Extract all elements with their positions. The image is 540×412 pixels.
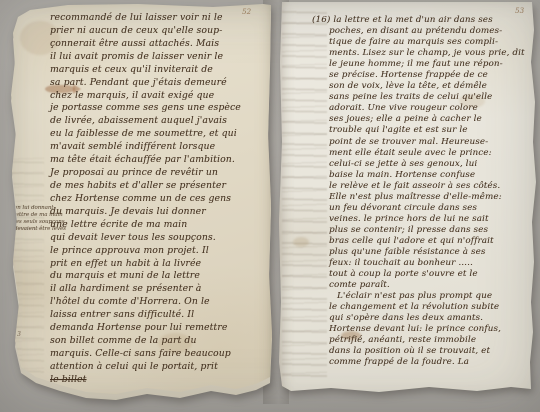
manuscript-line: comme frappé de la foudre. La [329, 357, 537, 368]
manuscript-line: plus se contenir; il presse dans ses [329, 225, 537, 236]
manuscript-line: un feu dévorant circule dans ses [329, 203, 537, 214]
manuscript-line: (16) la lettre et la met d'un air dans s… [329, 15, 537, 26]
manuscript-line: tique de faire au marquis ses compli- [329, 37, 537, 48]
manuscript-line: m'avait semblé indifférent lorsque [50, 141, 266, 154]
left-page-text: recommandé de lui laisser voir ni leprie… [50, 12, 266, 387]
left-page: 52 en lui donnantlettre de ma mainles se… [8, 3, 274, 409]
manuscript-line: point de se trouver mal. Heureuse- [329, 137, 537, 148]
right-text-paragraph-1: (16) la lettre et la met d'un air dans s… [329, 15, 537, 291]
manuscript-line: veines. le prince hors de lui ne sait [329, 214, 537, 225]
page-number-right: 53 [515, 7, 524, 15]
manuscript-line: prit en effet un habit à la livrée [50, 258, 266, 271]
manuscript-line: attention à celui qui le portait, prit [50, 361, 266, 374]
manuscript-line: l'hôtel du comte d'Horrera. On le [50, 296, 266, 309]
manuscript-line: recommandé de lui laisser voir ni le [50, 12, 266, 25]
manuscript-line: qui s'opère dans les deux amants. [329, 313, 537, 324]
manuscript-line: poches, en disant au prétendu domes- [329, 26, 537, 37]
manuscript-line: qui devait lever tous les soupçons. [50, 232, 266, 245]
struck-out-line: le billet [50, 374, 266, 387]
left-page-paper: 52 en lui donnantlettre de ma mainles se… [8, 3, 274, 409]
paper-stain [293, 237, 309, 247]
manuscript-line: feux: il touchait au bonheur ..... [329, 258, 537, 269]
right-page: 53 (16) la lettre et la met d'un air dan… [279, 2, 540, 400]
manuscript-line: il lui avait promis de laisser venir le [50, 51, 266, 64]
manuscript-line: je portasse comme ses gens une espèce [50, 102, 266, 115]
manuscript-line: chez Hortense comme un de ces gens [50, 193, 266, 206]
manuscript-line: Je proposai au prince de revêtir un [50, 167, 266, 180]
manuscript-line: çonnerait être aussi attachés. Mais [50, 38, 266, 51]
left-text-lines: recommandé de lui laisser voir ni leprie… [50, 12, 266, 374]
manuscript-line: de mes habits et d'aller se présenter [50, 180, 266, 193]
manuscript-line: trouble qui l'agite et est sur le [329, 125, 537, 136]
manuscript-line: le prince approuva mon projet. Il [50, 245, 266, 258]
manuscript-line: L'éclair n'est pas plus prompt que [329, 291, 537, 302]
right-text-paragraph-2: L'éclair n'est pas plus prompt quele cha… [329, 291, 537, 368]
manuscript-line: bras celle qui l'adore et qui n'offrait [329, 236, 537, 247]
manuscript-line: une lettre écrite de ma main [50, 219, 266, 232]
manuscript-line: de livrée, abaissement auquel j'avais [50, 115, 266, 128]
manuscript-line: le relève et le fait asseoir à ses côtés… [329, 181, 537, 192]
manuscript-line: comte paraît. [329, 280, 537, 291]
ink-showthrough [282, 10, 327, 382]
manuscript-line: ment elle était seule avec le prince: [329, 148, 537, 159]
manuscript-line: le jeune homme; il me faut une répon- [329, 59, 537, 70]
manuscript-line: chez le marquis, il avait exigé que [50, 90, 266, 103]
manuscript-line: marquis. Celle-ci sans faire beaucoup [50, 348, 266, 361]
tiny-ink-mark: 3 [17, 331, 21, 338]
manuscript-line: son billet comme de la part du [50, 335, 266, 348]
ink-showthrough [12, 153, 44, 378]
manuscript-line: adorait. Une vive rougeur colore [329, 103, 537, 114]
manuscript-line: Hortense devant lui: le prince confus, [329, 324, 537, 335]
manuscript-line: marquis et ceux qu'il inviterait de [50, 64, 266, 77]
manuscript-line: du marquis. Je devais lui donner [50, 206, 266, 219]
right-page-text: (16) la lettre et la met d'un air dans s… [329, 15, 537, 369]
manuscript-line: le changement et la révolution subite [329, 302, 537, 313]
manuscript-line: du marquis et muni de la lettre [50, 270, 266, 283]
manuscript-line: demanda Hortense pour lui remettre [50, 322, 266, 335]
manuscript-line: eu la faiblesse de me soumettre, et qui [50, 128, 266, 141]
manuscript-line: Elle n'est plus maîtresse d'elle-même: [329, 192, 537, 203]
manuscript-line: ments. Lisez sur le champ, je vous prie,… [329, 48, 537, 59]
manuscript-line: ses joues; elle a peine à cacher le [329, 114, 537, 125]
manuscript-line: tout à coup la porte s'ouvre et le [329, 269, 537, 280]
right-page-paper: 53 (16) la lettre et la met d'un air dan… [279, 2, 540, 400]
manuscript-photo: 52 en lui donnantlettre de ma mainles se… [0, 0, 540, 412]
manuscript-line: il alla hardiment se présenter à [50, 283, 266, 296]
manuscript-line: dans la position où il se trouvait, et [329, 346, 537, 357]
manuscript-line: son de voix, lève la tête, et démêle [329, 81, 537, 92]
manuscript-line: plus qu'une faible résistance à ses [329, 247, 537, 258]
manuscript-line: sans peine les traits de celui qu'elle [329, 92, 537, 103]
manuscript-line: prier ni aucun de ceux qu'elle soup- [50, 25, 266, 38]
manuscript-line: se précise. Hortense frappée de ce [329, 70, 537, 81]
manuscript-line: laissa entrer sans difficulté. Il [50, 309, 266, 322]
manuscript-line: sa part. Pendant que j'étais demeuré [50, 77, 266, 90]
manuscript-line: celui-ci se jette à ses genoux, lui [329, 159, 537, 170]
manuscript-line: baise la main. Hortense confuse [329, 170, 537, 181]
manuscript-line: pétrifié, anéanti, reste immobile [329, 335, 537, 346]
manuscript-line: ma tête était échauffée par l'ambition. [50, 154, 266, 167]
